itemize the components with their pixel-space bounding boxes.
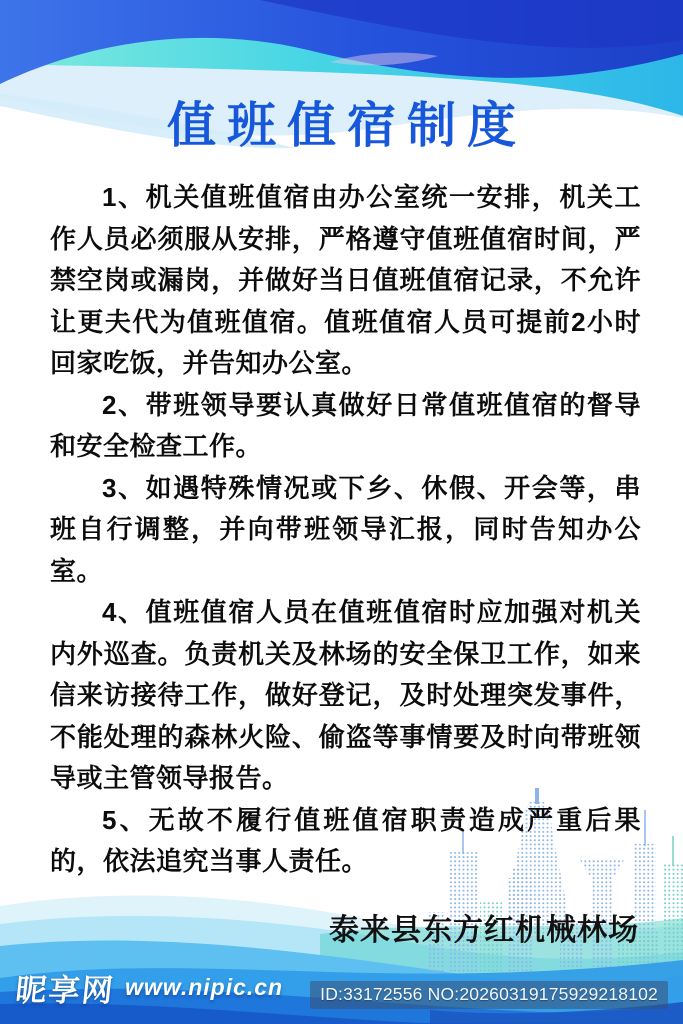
paragraph-1: 1、机关值班值宿由办公室统一安排，机关工作人员必须服从安排，严格遵守值班值宿时间… [50,177,641,385]
image-id-badge: ID:33172556 NO:20260319175929218102 [310,981,668,1009]
watermark-brand: 昵享网 www.nipic.cn [16,965,283,1010]
document-body: 1、机关值班值宿由办公室统一安排，机关工作人员必须服从安排，严格遵守值班值宿时间… [50,177,641,949]
paragraph-3: 3、如遇特殊情况或下乡、休假、开会等，串班自行调整，并向带班领导汇报，同时告知办… [50,468,641,593]
poster-page: 值班值宿制度 [0,0,683,1024]
site-url: www.nipic.cn [125,974,283,1001]
site-logo: 昵享网 [14,965,118,1010]
paragraph-4: 4、值班值宿人员在值班值宿时应加强对机关内外巡查。负责机关及林场的安全保卫工作，… [50,592,641,800]
paragraph-2: 2、带班领导要认真做好日常值班值宿的督导和安全检查工作。 [50,385,641,468]
page-title: 值班值宿制度 [0,98,683,154]
paragraph-5: 5、无故不履行值班值宿职责造成严重后果的，依法追究当事人责任。 [50,800,641,883]
signature: 泰来县东方红机械林场 [50,905,641,949]
